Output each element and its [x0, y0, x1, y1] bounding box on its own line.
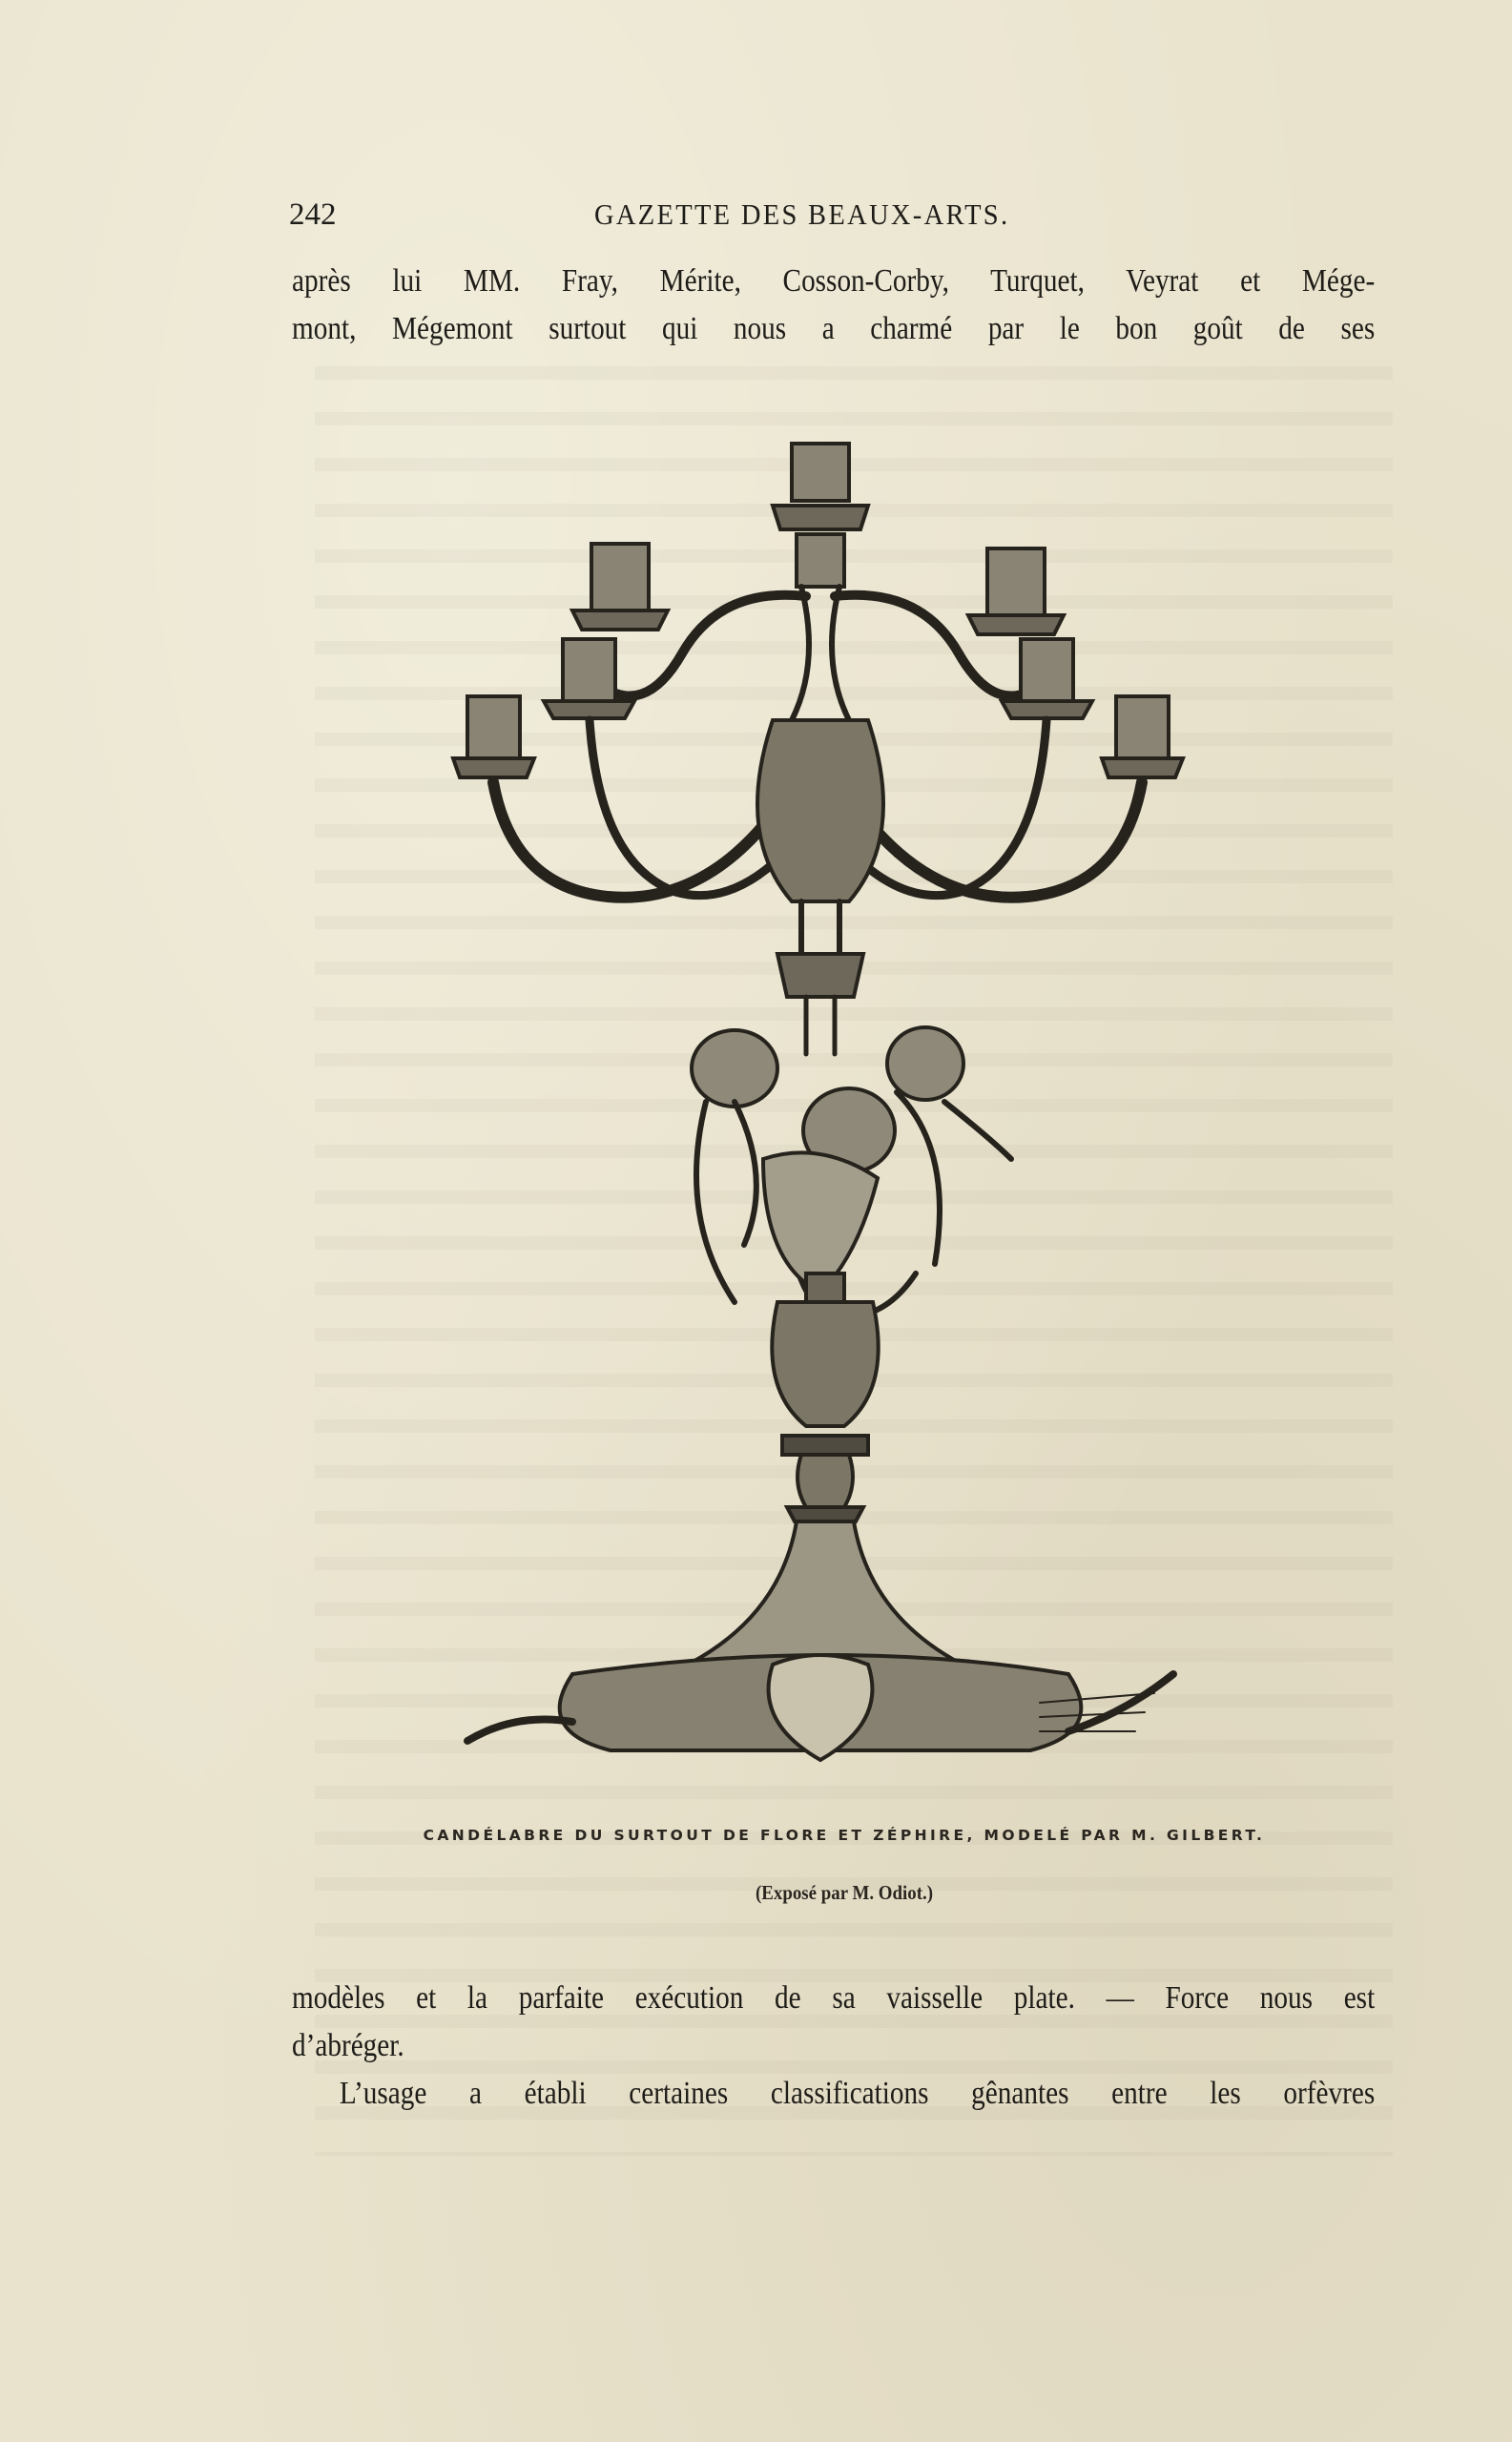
text-line: d’abréger.	[292, 2022, 1375, 2070]
text-line: modèles et la parfaite exécution de sa v…	[292, 1975, 1375, 2022]
top-paragraph: après lui MM. Fray, Mérite, Cosson-Corby…	[292, 258, 1375, 353]
candelabra-engraving-icon	[448, 434, 1192, 1779]
text-line: après lui MM. Fray, Mérite, Cosson-Corby…	[292, 258, 1375, 305]
running-head: 242 GAZETTE DES BEAUX-ARTS.	[289, 197, 1372, 239]
text-line: L’usage a établi certaines classificatio…	[292, 2070, 1375, 2118]
page-number: 242	[289, 197, 337, 233]
figure-credit: (Exposé par M. Odiot.)	[385, 1881, 1304, 1905]
document-page: 242 GAZETTE DES BEAUX-ARTS. après lui MM…	[0, 0, 1512, 2442]
text-line: mont, Mégemont surtout qui nous a charmé…	[292, 305, 1375, 353]
bottom-paragraph: modèles et la parfaite exécution de sa v…	[292, 1975, 1375, 2118]
journal-title: GAZETTE DES BEAUX-ARTS.	[594, 197, 1009, 232]
candelabra-illustration	[448, 434, 1192, 1779]
figure-caption: CANDÉLABRE DU SURTOUT DE FLORE ET ZÉPHIR…	[334, 1827, 1355, 1844]
